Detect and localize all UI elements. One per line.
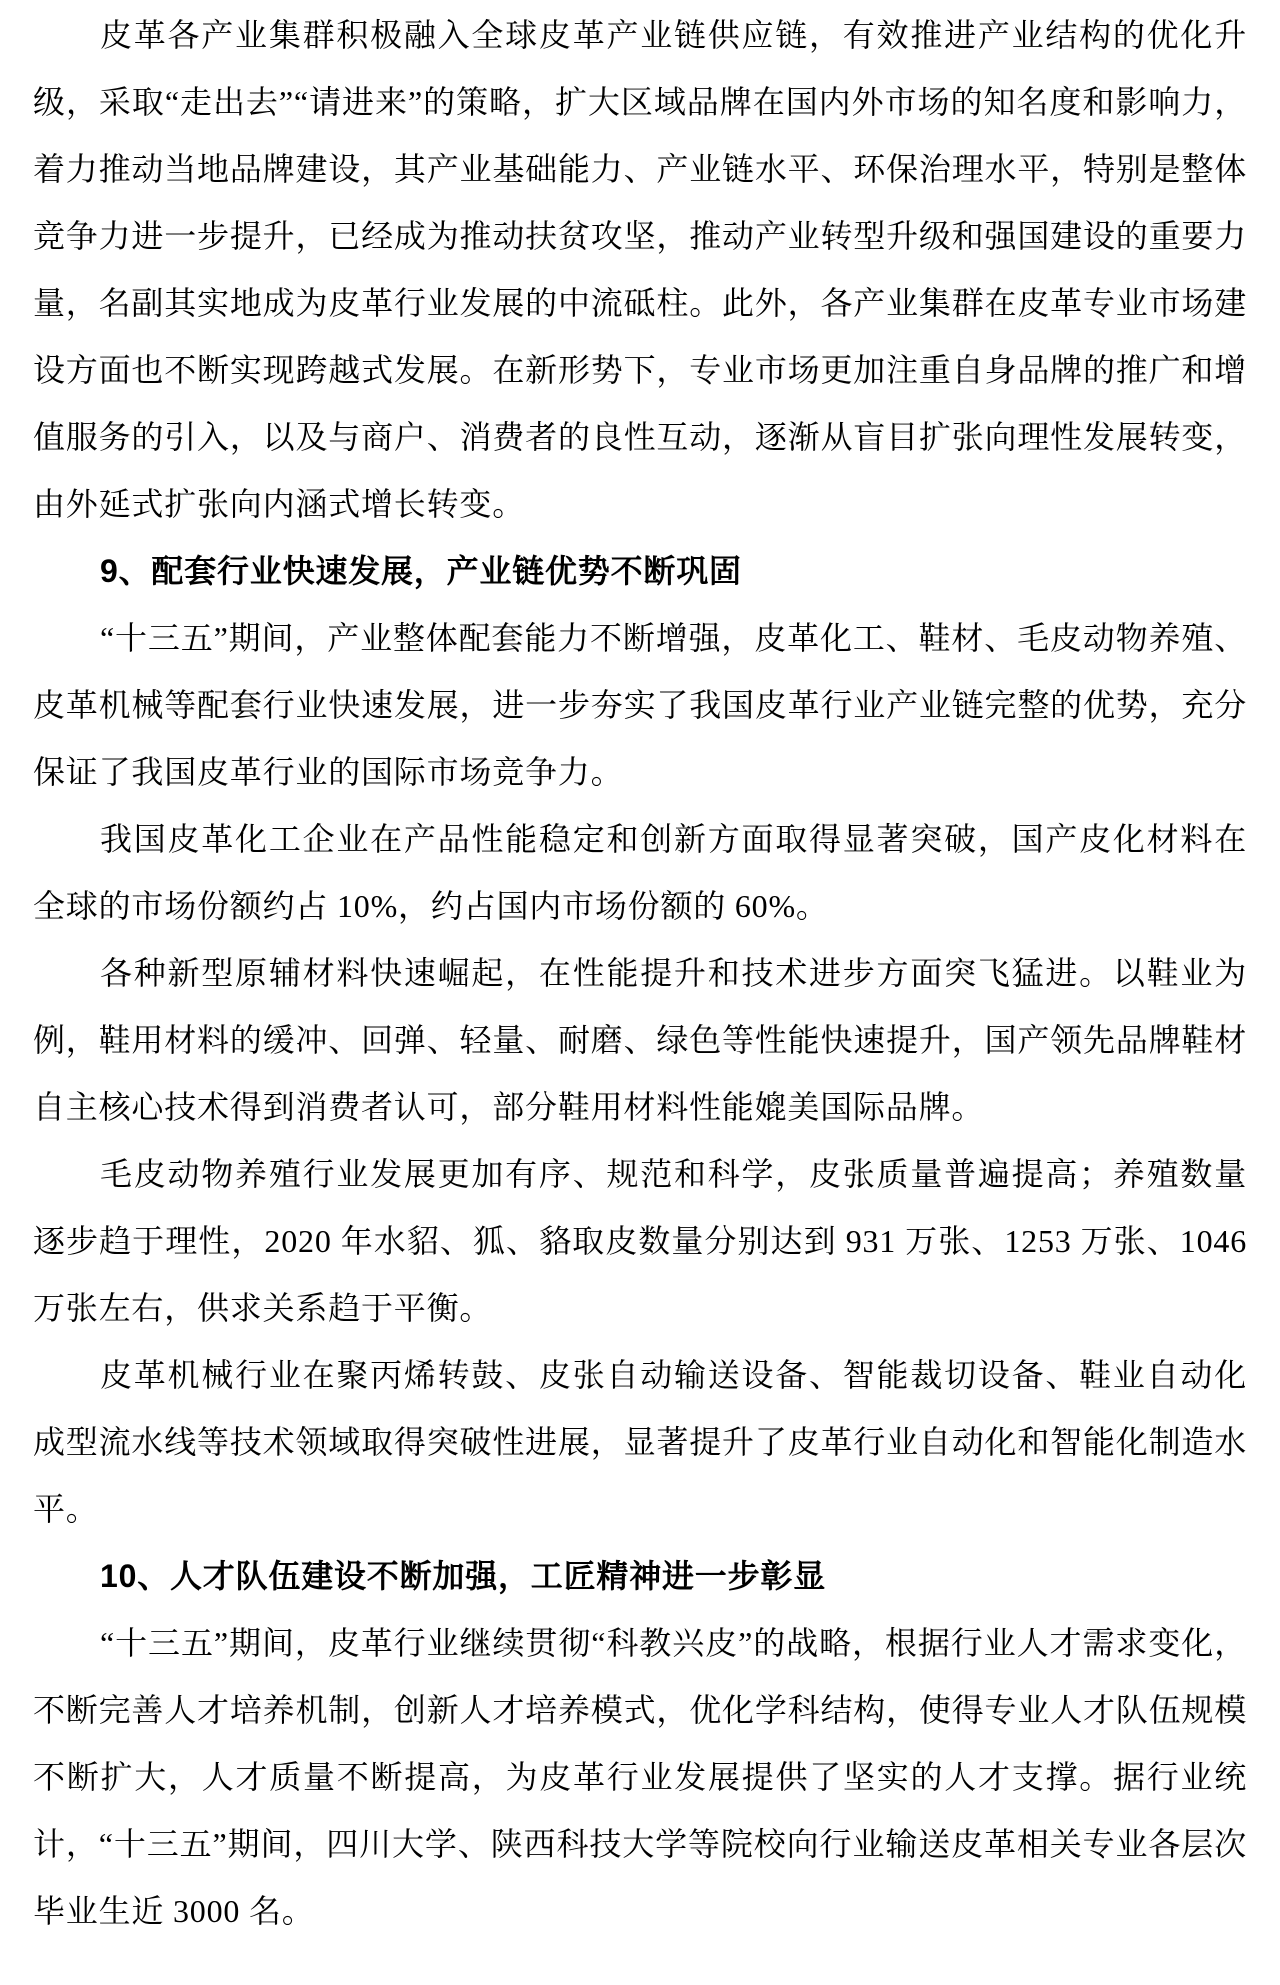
paragraph-leather-chemical: 我国皮革化工企业在产品性能稳定和创新方面取得显著突破，国产皮化材料在全球的市场份… (33, 806, 1247, 940)
paragraph-new-materials: 各种新型原辅材料快速崛起，在性能提升和技术进步方面突飞猛进。以鞋业为例，鞋用材料… (33, 940, 1247, 1141)
heading-section-10: 10、人才队伍建设不断加强，工匠精神进一步彰显 (33, 1543, 1247, 1610)
paragraph-talent-team: “十三五”期间，皮革行业继续贯彻“科教兴皮”的战略，根据行业人才需求变化，不断完… (33, 1610, 1247, 1945)
paragraph-industry-clusters: 皮革各产业集群积极融入全球皮革产业链供应链，有效推进产业结构的优化升级，采取“走… (33, 2, 1247, 538)
heading-section-9: 9、配套行业快速发展，产业链优势不断巩固 (33, 538, 1247, 605)
document-page: 皮革各产业集群积极融入全球皮革产业链供应链，有效推进产业结构的优化升级，采取“走… (0, 0, 1280, 1985)
paragraph-fur-animal-breeding: 毛皮动物养殖行业发展更加有序、规范和科学，皮张质量普遍提高；养殖数量逐步趋于理性… (33, 1141, 1247, 1342)
paragraph-leather-machinery: 皮革机械行业在聚丙烯转鼓、皮张自动输送设备、智能裁切设备、鞋业自动化成型流水线等… (33, 1342, 1247, 1543)
paragraph-supporting-industries: “十三五”期间，产业整体配套能力不断增强，皮革化工、鞋材、毛皮动物养殖、皮革机械… (33, 605, 1247, 806)
